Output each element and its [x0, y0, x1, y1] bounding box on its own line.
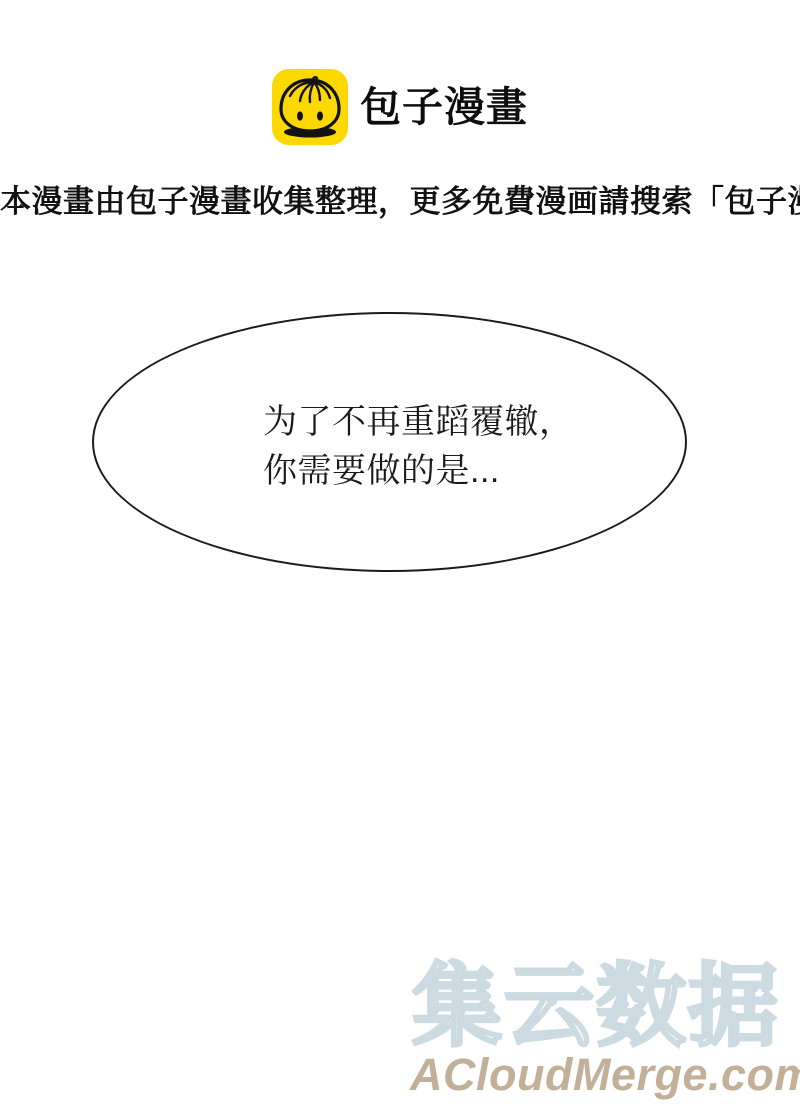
watermark-cjk: 集云数据 [412, 962, 780, 1052]
watermark-url: ACloudMerge.com [410, 1052, 800, 1097]
baozi-bun-icon [272, 69, 348, 145]
baozi-logo: 包子漫畫 [0, 68, 800, 146]
speech-bubble-text: 为了不再重蹈覆辙， 你需要做的是... [263, 398, 574, 496]
app-title: 包子漫畫 [360, 87, 528, 128]
collection-notice: 本漫畫由包子漫畫收集整理，更多免費漫画請搜索「包子漫畫」 [0, 176, 800, 221]
bubble-line-1: 为了不再重蹈覆辙， [263, 398, 574, 447]
comic-page: 包子漫畫 本漫畫由包子漫畫收集整理，更多免費漫画請搜索「包子漫畫」 为了不再重蹈… [0, 0, 800, 1116]
bubble-line-2: 你需要做的是... [263, 447, 574, 496]
